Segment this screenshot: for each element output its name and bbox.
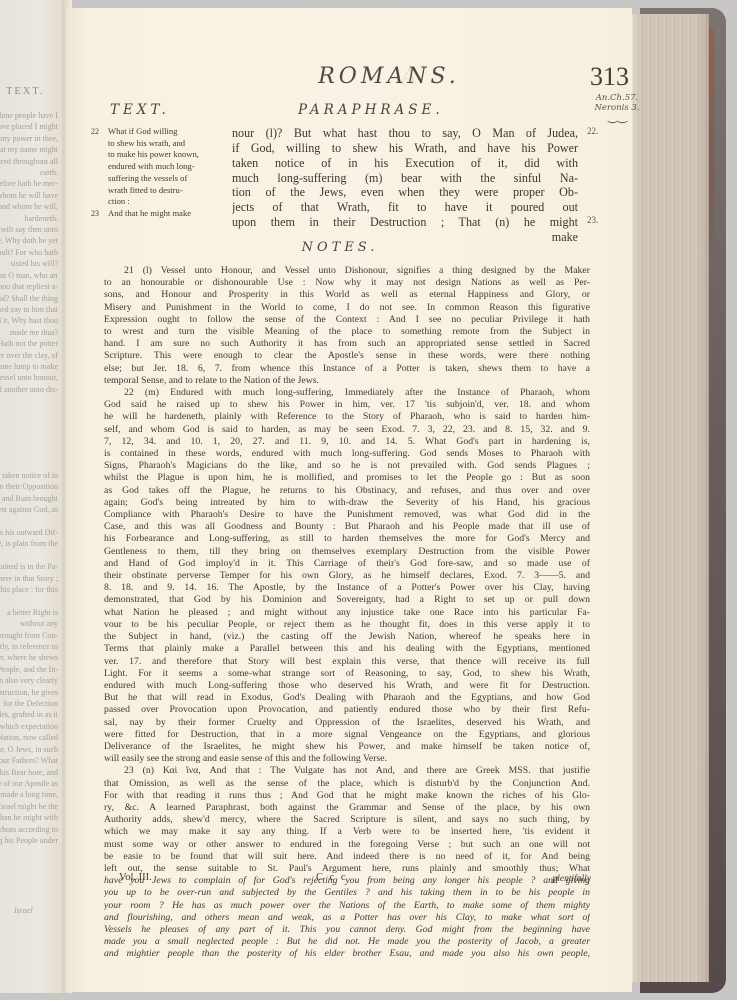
notes-heading: NOTES. [275, 240, 405, 255]
left-page-line: Therefore hath he mer- [0, 178, 58, 189]
note-line: made you a small neglected people : But … [104, 936, 590, 948]
left-page-line: ce, is plain from the [0, 538, 58, 549]
left-page-line: the Nation, now called [0, 732, 58, 743]
note-line: Compliance with Pharaoh's Desire to have… [104, 509, 590, 521]
note-line: Misery and Punishment in the World to co… [104, 302, 590, 314]
note-line: God said he raised up to shew his Power … [104, 399, 590, 411]
verse-number: 23 [91, 208, 99, 220]
left-page-line: made me thus? [0, 327, 58, 338]
left-page-line: formed say to him that [0, 304, 58, 315]
left-page-line: for Israel might be the [0, 801, 58, 812]
note-line: he will he hardeneth, plainly with Refer… [104, 411, 590, 423]
paraphrase-line: tion of the Jews, even when they were pr… [232, 185, 578, 200]
note-line: whilst the Plague is upon him, he is mol… [104, 472, 590, 484]
left-page-line: in his outward Dif- [0, 527, 58, 538]
note-line: Scripture. This were enough to clear the… [104, 350, 590, 362]
note-line: Deliverance of the Israelites, he might … [104, 741, 590, 753]
notes-body: 21 (l) Vessel unto Honour, and Vessel un… [104, 265, 590, 961]
paraphrase-line: jects of that Wrath, fit to have it pour… [232, 200, 578, 215]
note-line: Expression ought to follow the sense of … [104, 314, 590, 326]
margin-verse-number-23: 23. [587, 215, 598, 225]
left-page-line: without any [0, 618, 58, 629]
left-page-line: sisted his will? [0, 258, 58, 269]
note-line: Case, and this was all Goodness and Boun… [104, 521, 590, 533]
left-page-line: Nay, but O man, who art [0, 270, 58, 281]
note-line: and mightier people than the posterity o… [104, 948, 590, 960]
signature-mark: C c c [316, 872, 348, 883]
left-page-line: made of our Apostle as [0, 778, 58, 789]
verse-22: 22 What if God willing to shew his wrath… [94, 126, 228, 208]
note-line: 21 (l) Vessel unto Honour, and Vessel un… [104, 265, 590, 277]
left-page-line [0, 516, 58, 527]
left-page-fragment: TEXT. lone people have Iand have placed … [0, 0, 64, 993]
left-page-line: his Bear bore, and [0, 767, 58, 778]
margin-verse-number-22: 22. [587, 126, 598, 136]
note-line: demonstrated, that God by his Dominion a… [104, 594, 590, 606]
note-line: 22 (m) Endured with much long-suffering,… [104, 387, 590, 399]
note-line: vour to be his peculiar People, or rejec… [104, 619, 590, 631]
left-page-line: one vessel unto honour, [0, 372, 58, 383]
left-page-heading: TEXT. [6, 86, 45, 97]
left-page-line: thou that repliest a- [0, 281, 58, 292]
paraphrase-column: nour (l)? But what hast thou to say, O M… [232, 126, 578, 245]
note-line: what Nation he pleased ; and might witho… [104, 607, 590, 619]
note-line: For with that reading it runs thus ; And… [104, 790, 590, 802]
paraphrase-column-heading: PARAPHRASE. [298, 102, 444, 118]
left-page-line: reason also very clearly [0, 675, 58, 686]
left-page-line: test against God, as [0, 504, 58, 515]
left-page-line: ples, grafted in as it [0, 709, 58, 720]
note-line: is contained in these words, endured wit… [104, 448, 590, 460]
left-page-line: a better Right is [0, 607, 58, 618]
left-page-line: Thou wilt say then unto [0, 224, 58, 235]
note-line: Vessels he pleases of any part of it. Th… [104, 924, 590, 936]
left-page-line: earth. [0, 167, 58, 178]
note-line: sons, and Honour and Prosperity in this … [104, 289, 590, 301]
left-page-line: power over the clay, of [0, 350, 58, 361]
note-line: to an honourable or dishonourable Use : … [104, 277, 590, 289]
left-page-line: ion, which expectation [0, 721, 58, 732]
verse-23: 23 And that he might make [94, 208, 228, 220]
volume-label: Vol. III. [119, 872, 152, 883]
left-page-line: People, our Fathers? What [0, 755, 58, 766]
left-page-line: here in that Story ; [0, 573, 58, 584]
left-page-line: gainst God? Shall the thing [0, 293, 58, 304]
verse-number: 22 [91, 126, 99, 138]
note-line: But he that will read in Exodus, God's D… [104, 692, 590, 704]
left-page-line: and another unto dis- [0, 384, 58, 395]
running-head: ROMANS. [309, 64, 469, 89]
note-line: which we may make it say any thing. If a… [104, 826, 590, 838]
left-page-line: formed it, Why hast thou [0, 315, 58, 326]
note-line: the Subject in hand, (viz.) the casting … [104, 631, 590, 643]
left-page-line: cy, and whom he will, [0, 201, 58, 212]
note-line: 7, 12, 34. and 10. 1, 20, 27. and 11. 9,… [104, 436, 590, 448]
note-line: Authority adds, shew'd mercy, where the … [104, 814, 590, 826]
left-page-line: more than he might with [0, 812, 58, 823]
note-line: passed over Provocation upon Provocation… [104, 704, 590, 716]
note-line: as God takes off the Plague, he returns … [104, 485, 590, 497]
paraphrase-line: taken notice of in his Execution of it, … [232, 156, 578, 171]
brace-ornament: ⏝⏝ [592, 113, 642, 121]
note-line: endured with much Long-suffering those w… [104, 680, 590, 692]
page-edge-stack [630, 14, 709, 982]
note-line: your room ? He has as much power over th… [104, 900, 590, 912]
note-line: else; but Jer. 18. 6, 7. from whence thi… [104, 363, 590, 375]
left-page-line [0, 595, 58, 606]
note-line: ver. 17. and therefore that Story will b… [104, 656, 590, 668]
catchword: plentifully [511, 874, 591, 884]
left-page-line: this place : for this [0, 584, 58, 595]
left-page-line: that my name might [0, 144, 58, 155]
left-page-line: to be made a long time, [0, 789, 58, 800]
left-page-line: declared throughout all [0, 156, 58, 167]
left-page-line: People, and the In- [0, 664, 58, 675]
left-page-line: with whom according to [0, 824, 58, 835]
left-page-line: their Destruction, he gives [0, 687, 58, 698]
note-line: temporal Sense, and to relate to the Nat… [104, 375, 590, 387]
left-page-line: taken notice of in [0, 470, 58, 481]
left-page-line: explained is in the Pa- [0, 561, 58, 572]
date-note: An.Ch.57. Neronis 3. ⏝⏝ [592, 93, 642, 121]
left-page-line [0, 550, 58, 561]
note-line: Terms that plainly make a Parallel betwe… [104, 643, 590, 655]
left-page-line: for the Defection [0, 698, 58, 709]
note-line: be easie to be found that will suit here… [104, 851, 590, 863]
left-page-line: the same lump to make [0, 361, 58, 372]
left-page-line: and have placed I might [0, 121, 58, 132]
paraphrase-line: much long-suffering (m) bear with the si… [232, 171, 578, 186]
scripture-text-column: 22 What if God willing to shew his wrath… [94, 126, 228, 220]
right-page: A ROMANS. 313 An.Ch.57. Neronis 3. ⏝⏝ TE… [66, 8, 632, 992]
note-line: ry, &c. A learned Paraphrast, both again… [104, 802, 590, 814]
paraphrase-line: upon them in their Destruction ; That (n… [232, 215, 578, 230]
note-line: must some way or other answer to endured… [104, 839, 590, 851]
left-page-line: sistly, in reference to [0, 641, 58, 652]
note-line: will easily see the strong and easie sen… [104, 753, 590, 765]
left-page-line: all those, O Jews, in such [0, 744, 58, 755]
left-page-catchword: Israel [14, 905, 54, 916]
note-line: and flourishing, and others mean and wea… [104, 912, 590, 924]
left-page-line: lone people have I [0, 110, 58, 121]
note-line: and Hand of God imploy'd in it. This Car… [104, 558, 590, 570]
note-line: their obstinate perverse Temper for his … [104, 570, 590, 582]
note-line: to wrest and turn the visible Meaning of… [104, 326, 590, 338]
left-page-line: being his People under [0, 835, 58, 846]
left-page-line: hardeneth. [0, 213, 58, 224]
left-page-line: in their Opposition [0, 481, 58, 492]
left-page-line: Hath not the potter [0, 338, 58, 349]
page-number: 313 [590, 62, 629, 92]
left-page-line: and Ruin brought [0, 493, 58, 504]
note-line: 23 (n) Καὶ ἵνα, And that : The Vulgate h… [104, 765, 590, 777]
note-line: Signs, Pharaoh's Magicians do the like, … [104, 460, 590, 472]
note-line: you up to be over-run and subjected by t… [104, 887, 590, 899]
date-note-year: An.Ch.57. [592, 93, 642, 103]
note-line: Light. For it seems a some-what strange … [104, 668, 590, 680]
note-line: hand. I am sure no such Authority it has… [104, 338, 590, 350]
left-page-line: former, where he shews [0, 652, 58, 663]
note-line: that Omission, as well as the sense of t… [104, 778, 590, 790]
note-line: self, and whom God is said to harden, as… [104, 424, 590, 436]
left-page-line: my power in thee, [0, 133, 58, 144]
note-line: his Forbearance and Long-suffering, as s… [104, 533, 590, 545]
note-line: again; God's being intreated by him to w… [104, 497, 590, 509]
left-page-text-upper: lone people have Iand have placed I migh… [0, 110, 58, 395]
paraphrase-line: if God, willing to shew his Wrath, and h… [232, 141, 578, 156]
left-page-line: on whom he will have [0, 190, 58, 201]
note-line: 8. 18. and 9. 14. 16. The Apostle, by th… [104, 582, 590, 594]
left-page-line: me, Why doth he yet [0, 235, 58, 246]
left-page-line: find fault? For who hath [0, 247, 58, 258]
note-line: were fitted for Destruction, that in a m… [104, 729, 590, 741]
paraphrase-line: nour (l)? But what hast thou to say, O M… [232, 126, 578, 141]
left-page-text-lower: taken notice of inin their Oppositionand… [0, 470, 58, 846]
text-column-heading: TEXT. [110, 102, 170, 118]
note-line: sal, nay by their former Cruelty and Opp… [104, 717, 590, 729]
note-line: Gentleness to them, till they bring on t… [104, 546, 590, 558]
left-page-line: brought from Con- [0, 630, 58, 641]
